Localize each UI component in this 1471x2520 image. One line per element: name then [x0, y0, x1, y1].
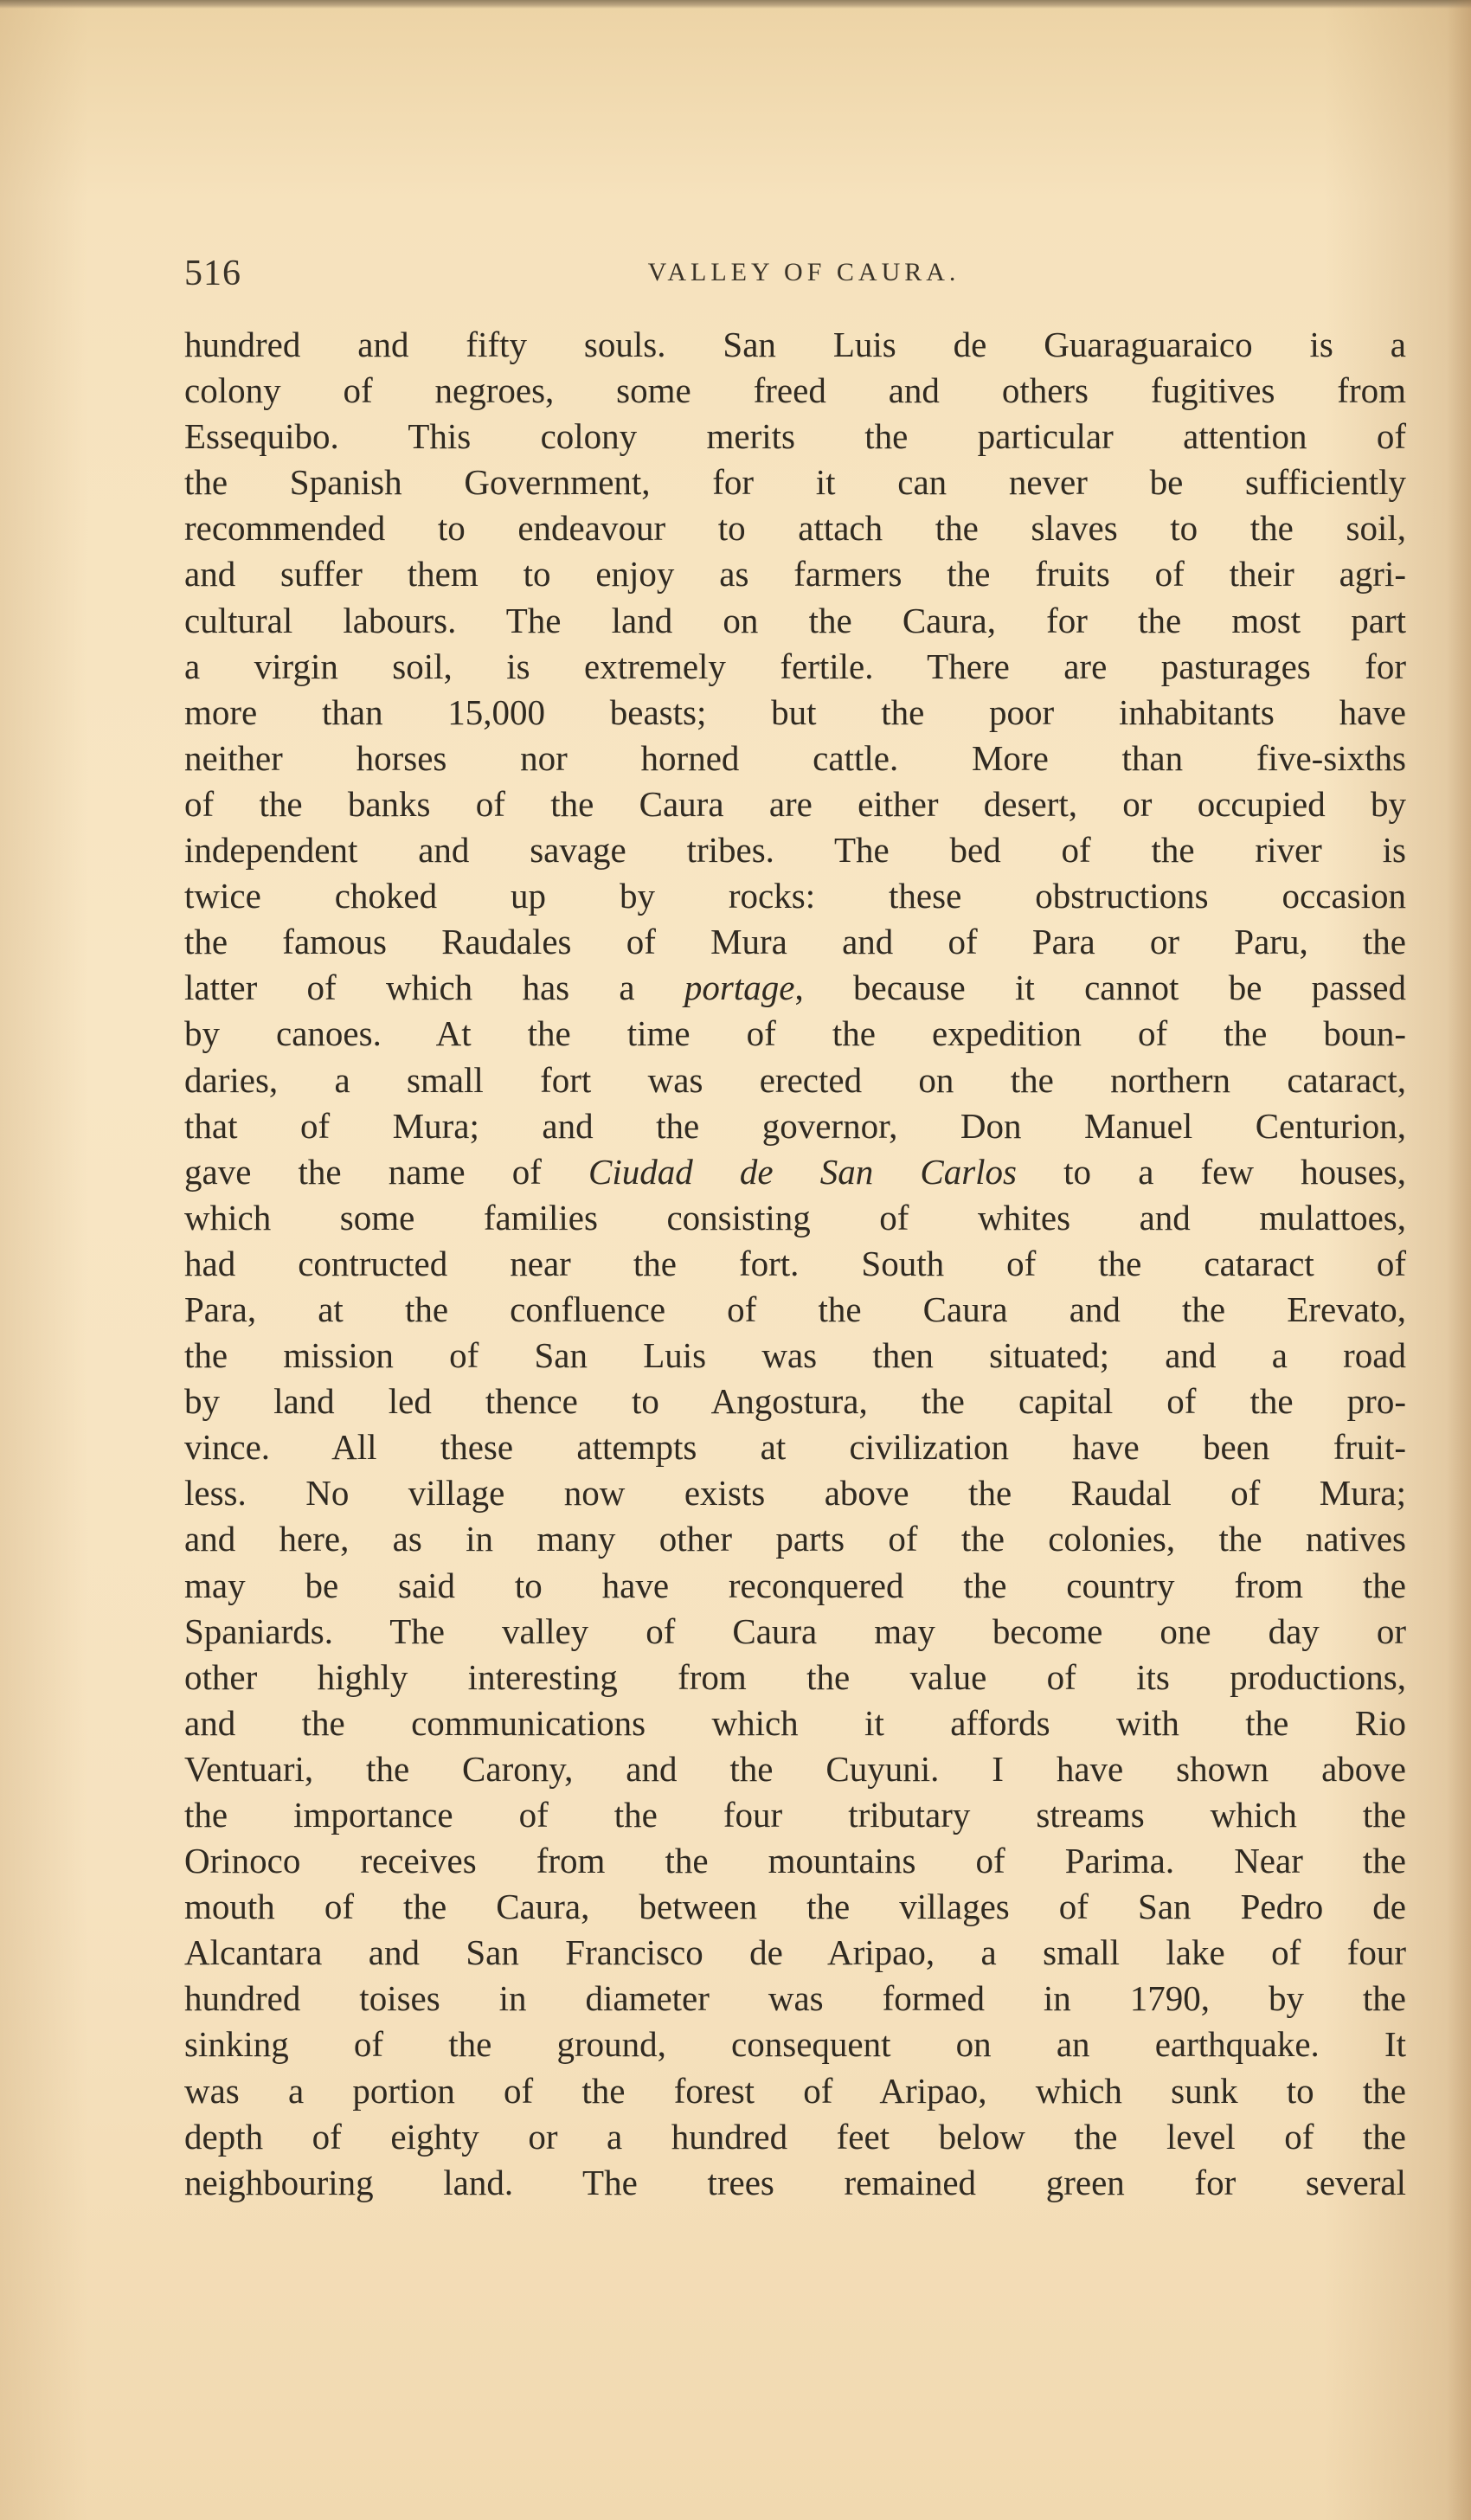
text-line: by canoes. At the time of the expedition… — [184, 1011, 1406, 1057]
text-line: may be said to have reconquered the coun… — [184, 1563, 1406, 1609]
text-line: independent and savage tribes. The bed o… — [184, 827, 1406, 873]
scan-right-edge-shadow — [1447, 0, 1471, 2520]
text-line: which some families consisting of whites… — [184, 1195, 1406, 1241]
text-line: was a portion of the forest of Aripao, w… — [184, 2068, 1406, 2114]
text-line: Essequibo. This colony merits the partic… — [184, 414, 1406, 460]
text-line: more than 15,000 beasts; but the poor in… — [184, 690, 1406, 736]
text-line: hundred toises in diameter was formed in… — [184, 1976, 1406, 2022]
text-line: a virgin soil, is extremely fertile. The… — [184, 644, 1406, 690]
text-line: vince. All these attempts at civilizatio… — [184, 1424, 1406, 1470]
text-line: Spaniards. The valley of Caura may becom… — [184, 1609, 1406, 1655]
text-line: had contructed near the fort. South of t… — [184, 1241, 1406, 1287]
text-line: gave the name of Ciudad de San Carlos to… — [184, 1149, 1406, 1195]
text-line: latter of which has a portage, because i… — [184, 965, 1406, 1011]
text-line: less. No village now exists above the Ra… — [184, 1470, 1406, 1516]
text-line: other highly interesting from the value … — [184, 1655, 1406, 1700]
running-title: VALLEY OF CAURA. — [184, 258, 1406, 287]
text-line: and the communications which it affords … — [184, 1700, 1406, 1746]
text-line: depth of eighty or a hundred feet below … — [184, 2114, 1406, 2160]
text-line: daries, a small fort was erected on the … — [184, 1057, 1406, 1103]
text-line: the famous Raudales of Mura and of Para … — [184, 919, 1406, 965]
text-line: colony of negroes, some freed and others… — [184, 368, 1406, 414]
text-line: that of Mura; and the governor, Don Manu… — [184, 1103, 1406, 1149]
italic-term: portage — [684, 967, 795, 1007]
text-line: mouth of the Caura, between the villages… — [184, 1884, 1406, 1930]
text-line: Alcantara and San Francisco de Aripao, a… — [184, 1930, 1406, 1976]
text-line: of the banks of the Caura are either des… — [184, 781, 1406, 827]
text-line: cultural labours. The land on the Caura,… — [184, 598, 1406, 644]
text-line: neighbouring land. The trees remained gr… — [184, 2160, 1406, 2206]
text-line: the importance of the four tributary str… — [184, 1792, 1406, 1838]
text-line: by land led thence to Angostura, the cap… — [184, 1379, 1406, 1424]
text-line: the Spanish Government, for it can never… — [184, 460, 1406, 505]
text-line: twice choked up by rocks: these obstruct… — [184, 873, 1406, 919]
scan-top-edge — [0, 0, 1471, 9]
text-line: Orinoco receives from the mountains of P… — [184, 1838, 1406, 1884]
italic-term: Ciudad de San Carlos — [588, 1152, 1017, 1192]
text-line: Para, at the confluence of the Caura and… — [184, 1287, 1406, 1333]
text-line: hundred and fifty souls. San Luis de Gua… — [184, 322, 1406, 368]
body-text: hundred and fifty souls. San Luis de Gua… — [184, 322, 1406, 2206]
text-line: the mission of San Luis was then situate… — [184, 1333, 1406, 1379]
text-line: and suffer them to enjoy as farmers the … — [184, 551, 1406, 597]
text-line: and here, as in many other parts of the … — [184, 1516, 1406, 1562]
text-line: sinking of the ground, consequent on an … — [184, 2022, 1406, 2067]
running-head: 516 VALLEY OF CAURA. — [184, 253, 1406, 296]
text-line: neither horses nor horned cattle. More t… — [184, 736, 1406, 781]
text-line: recommended to endeavour to attach the s… — [184, 505, 1406, 551]
text-line: Ventuari, the Carony, and the Cuyuni. I … — [184, 1746, 1406, 1792]
